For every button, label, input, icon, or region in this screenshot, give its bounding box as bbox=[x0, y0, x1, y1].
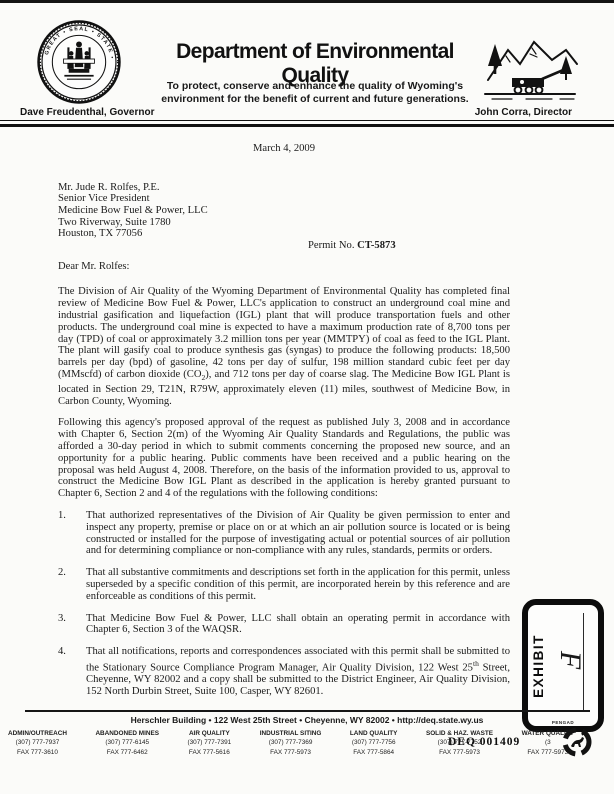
division-fax: FAX 777-6462 bbox=[95, 748, 159, 757]
paragraph-1-text: The Division of Air Quality of the Wyomi… bbox=[58, 286, 510, 380]
letterhead-divider bbox=[0, 120, 614, 127]
condition-number: 4. bbox=[58, 646, 86, 698]
division-fax: FAX 777-5973 bbox=[426, 748, 493, 757]
letter-date: March 4, 2009 bbox=[58, 143, 510, 155]
recipient-title: Senior Vice President bbox=[58, 193, 510, 205]
division-abandoned-mines: ABANDONED MINES (307) 777-6145 FAX 777-6… bbox=[95, 729, 159, 757]
condition-number: 1. bbox=[58, 510, 86, 557]
recipient-name: Mr. Jude R. Rolfes, P.E. bbox=[58, 182, 510, 194]
condition-text: That all substantive commitments and des… bbox=[86, 567, 510, 602]
condition-4-text: That all notifications, reports and corr… bbox=[86, 646, 510, 673]
division-name: ADMIN/OUTREACH bbox=[8, 729, 67, 738]
division-fax: FAX 777-5864 bbox=[350, 748, 398, 757]
letter-body: March 4, 2009 Mr. Jude R. Rolfes, P.E. S… bbox=[58, 127, 510, 698]
recipient-address-block: Mr. Jude R. Rolfes, P.E. Senior Vice Pre… bbox=[58, 182, 510, 240]
condition-text: That all notifications, reports and corr… bbox=[86, 646, 510, 698]
condition-text: That Medicine Bow Fuel & Power, LLC shal… bbox=[86, 613, 510, 637]
condition-number: 2. bbox=[58, 567, 86, 602]
division-phone: (307) 777-6145 bbox=[95, 738, 159, 747]
permit-label: Permit No. bbox=[308, 240, 355, 251]
permit-number: CT-5873 bbox=[357, 240, 395, 251]
condition-number: 3. bbox=[58, 613, 86, 637]
exhibit-label: EXHIBIT bbox=[531, 634, 546, 698]
letterhead-footer: Herschler Building • 122 West 25th Stree… bbox=[0, 710, 614, 757]
division-name: AIR QUALITY bbox=[188, 729, 232, 738]
tagline-line1: To protect, conserve and enhance the qua… bbox=[150, 80, 480, 93]
recipient-city: Houston, TX 77056 bbox=[58, 228, 510, 240]
division-fax: FAX 777-5973 bbox=[260, 748, 322, 757]
division-phone: (307) 777-7937 bbox=[8, 738, 67, 747]
condition-item-3: 3. That Medicine Bow Fuel & Power, LLC s… bbox=[58, 613, 510, 637]
division-directory: ADMIN/OUTREACH (307) 777-7937 FAX 777-36… bbox=[0, 725, 614, 757]
wyoming-state-seal-icon: GREAT • SEAL • STATE • OF • WYOMING bbox=[36, 18, 122, 106]
recipient-company: Medicine Bow Fuel & Power, LLC bbox=[58, 205, 510, 217]
division-admin-outreach: ADMIN/OUTREACH (307) 777-7937 FAX 777-36… bbox=[8, 729, 67, 757]
permit-reference: Permit No. CT-5873 bbox=[58, 240, 510, 252]
division-name: ABANDONED MINES bbox=[95, 729, 159, 738]
bates-number-stamp: DEQ 001409 bbox=[448, 736, 520, 748]
paragraph-project-description: The Division of Air Quality of the Wyomi… bbox=[58, 286, 510, 407]
scanned-letter-page: GREAT • SEAL • STATE • OF • WYOMING bbox=[0, 0, 614, 794]
division-air-quality: AIR QUALITY (307) 777-7391 FAX 777-5616 bbox=[188, 729, 232, 757]
condition-text: That authorized representatives of the D… bbox=[86, 510, 510, 557]
footer-divider bbox=[25, 710, 590, 712]
governor-name: Dave Freudenthal, Governor bbox=[20, 107, 154, 118]
mission-tagline: To protect, conserve and enhance the qua… bbox=[150, 80, 480, 106]
division-phone: (307) 777-7369 bbox=[260, 738, 322, 747]
division-industrial-siting: INDUSTRIAL SITING (307) 777-7369 FAX 777… bbox=[260, 729, 322, 757]
division-fax: FAX 777-5616 bbox=[188, 748, 232, 757]
tagline-line2: environment for the benefit of current a… bbox=[150, 93, 480, 106]
recipient-street: Two Riverway, Suite 1780 bbox=[58, 217, 510, 229]
division-phone: (307) 777-7756 bbox=[350, 738, 398, 747]
director-name: John Corra, Director bbox=[475, 107, 572, 118]
division-phone: (307) 777-7391 bbox=[188, 738, 232, 747]
condition-item-2: 2. That all substantive commitments and … bbox=[58, 567, 510, 602]
division-land-quality: LAND QUALITY (307) 777-7756 FAX 777-5864 bbox=[350, 729, 398, 757]
recycle-bucking-horse-logo-icon bbox=[558, 726, 596, 758]
permit-conditions-list: 1. That authorized representatives of th… bbox=[58, 510, 510, 698]
mountain-landscape-art-icon bbox=[482, 32, 580, 106]
condition-item-1: 1. That authorized representatives of th… bbox=[58, 510, 510, 557]
salutation: Dear Mr. Rolfes: bbox=[58, 261, 510, 273]
condition-item-4: 4. That all notifications, reports and c… bbox=[58, 646, 510, 698]
division-name: INDUSTRIAL SITING bbox=[260, 729, 322, 738]
footer-address-line: Herschler Building • 122 West 25th Stree… bbox=[0, 715, 614, 725]
paragraph-approval: Following this agency's proposed approva… bbox=[58, 417, 510, 500]
letterhead: GREAT • SEAL • STATE • OF • WYOMING bbox=[0, 0, 614, 127]
handwritten-exhibit-mark: F bbox=[553, 651, 587, 669]
division-name: LAND QUALITY bbox=[350, 729, 398, 738]
division-fax: FAX 777-3610 bbox=[8, 748, 67, 757]
